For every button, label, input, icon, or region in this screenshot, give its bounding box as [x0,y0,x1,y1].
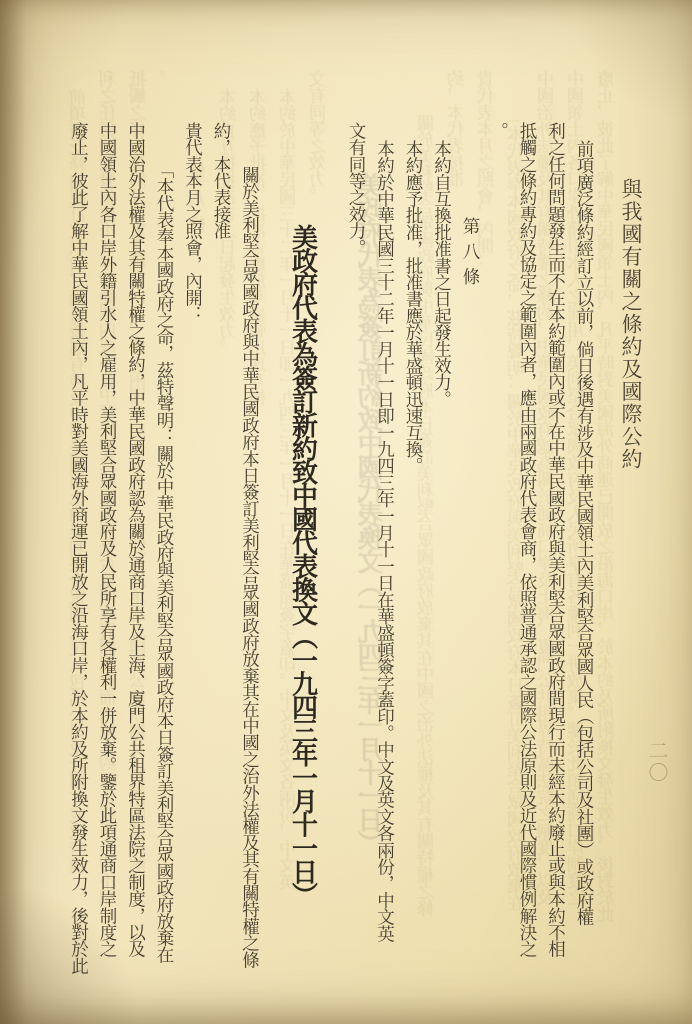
text-column: 。 [484,122,513,960]
text-column: 本約應予批准，批准書應於華盛頓迅速互換。 [399,122,428,960]
text-column: 文有同等之效力。 [342,122,371,960]
text-column: 本約於中華民國三十二年一月十一日即一九四三年一月十一日在華盛頓簽字蓋印。中文及英… [370,122,399,960]
running-header: 與我國有關之條約及國際公約 [620,178,642,471]
text-column: 廢止，彼此了解中華民國領土內，凡平時對美國海外商運已開放之沿海口岸，於本約及所附… [64,122,93,960]
text-column: 約，本代表接准 [207,122,236,960]
text-column: 抵觸之條約專約及協定之範圍內者，應由兩國政府代表會商，依照普通承認之國際公法原則… [513,122,542,960]
title-column: 美政府代表為簽訂新約致中國代表換文（一九四三年一月十一日） [280,122,326,960]
text-column: 前項廣泛條約經訂立以前，倘日後遇有涉及中華民國領土內美利堅合眾國人民（包括公司及… [570,122,599,960]
text-column: 中國治外法權及其有關特權之條約，中華民國政府認為關於通商口岸及上海、廈門公共租界… [121,122,150,960]
text-column: 中國領土內各口岸外籍引水人之雇用，美利堅合眾國政府及人民所享有各權利一併放棄。鑒… [93,122,122,960]
page-number: 二〇 [643,740,672,784]
document-body: 前項廣泛條約經訂立以前，倘日後遇有涉及中華民國領土內美利堅合眾國人民（包括公司及… [64,122,598,960]
text-column: 「本代表奉本國政府之命，茲特聲明：關於中華民政府與美利堅合眾國政府本日簽訂美利堅… [150,122,179,960]
text-column: 關於美利堅合眾國政府與中華民國政府本日簽訂美利堅合眾國政府放棄其在中國之治外法權… [235,122,264,960]
text-column: 貴代表本月之照會，內開： [178,122,207,960]
text-column: 利之任何問題發生而不在本約範圍內或不在中華民國政府與美利堅合眾國政府間現行而未經… [541,122,570,960]
text-column: 本約自互換批准書之日起發生效力。 [427,122,456,960]
page: 前項廣泛條約經訂立以前，倘日後遇有涉及中華民國領土內美利堅合眾國人民（包括公司及… [0,0,692,1024]
article-heading-column: 第八條 [456,122,485,960]
